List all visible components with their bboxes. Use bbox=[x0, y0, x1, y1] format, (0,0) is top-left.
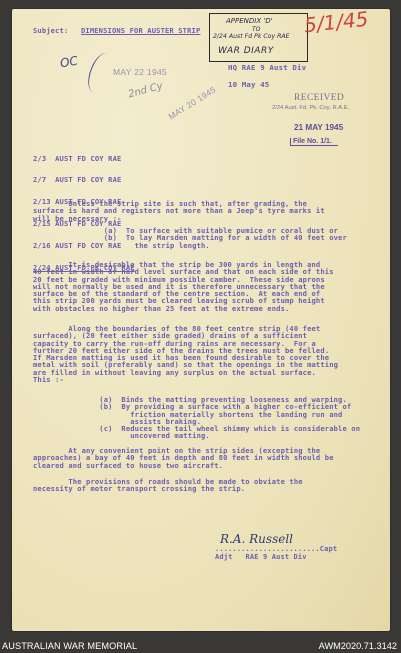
paragraph-1: Unless the strip site is such that, afte… bbox=[33, 200, 325, 222]
paragraph-1-items: (a) To surface with suitable pumice or c… bbox=[33, 227, 347, 249]
appendix-line1: APPENDIX 'D' bbox=[226, 17, 273, 25]
date-stamp-1: MAY 22 1945 bbox=[113, 67, 167, 77]
received-stamp-date: 21 MAY 1945 bbox=[294, 123, 343, 132]
footer-institution: AUSTRALIAN WAR MEMORIAL bbox=[2, 641, 137, 651]
signature-title: Adjt RAE 9 Aust Div bbox=[215, 554, 307, 561]
appendix-line4: WAR DIARY bbox=[218, 46, 274, 56]
received-stamp-unit: 2/24 Aust. Fd. Pk. Coy. R.A.E. bbox=[272, 105, 349, 111]
addressee: 2/3 AUST FD COY RAE bbox=[33, 155, 135, 162]
from-unit: HQ RAE 9 Aust Div bbox=[228, 64, 306, 71]
paragraph-3-items: (a) Binds the matting preventing loosene… bbox=[33, 396, 360, 440]
subject-label: Subject: bbox=[33, 27, 68, 34]
received-stamp-title: RECEIVED bbox=[294, 93, 344, 103]
handwritten-signature: R.A. Russell bbox=[220, 532, 293, 546]
paragraph-4: At any convenient point on the strip sid… bbox=[33, 447, 334, 469]
appendix-line2: TO bbox=[252, 26, 260, 33]
paragraph-3: Along the boundaries of the 80 feet cent… bbox=[33, 325, 338, 383]
footer-accession-number: AWM2020.71.3142 bbox=[319, 641, 397, 651]
addressee: 2/7 AUST FD COY RAE bbox=[33, 176, 135, 183]
file-number: File No. 1/1. bbox=[290, 138, 338, 146]
subject-value: DIMENSIONS FOR AUSTER STRIP bbox=[81, 27, 200, 34]
appendix-stamp: APPENDIX 'D' TO 2/24 Aust Fd Pk Coy RAE … bbox=[209, 13, 308, 62]
paragraph-2: It is desirable that the strip be 300 ya… bbox=[33, 261, 334, 312]
paragraph-5: The provisions of roads should be made t… bbox=[33, 478, 303, 493]
document-date: 10 May 45 bbox=[228, 81, 269, 88]
appendix-line3: 2/24 Aust Fd Pk Coy RAE bbox=[213, 33, 290, 40]
